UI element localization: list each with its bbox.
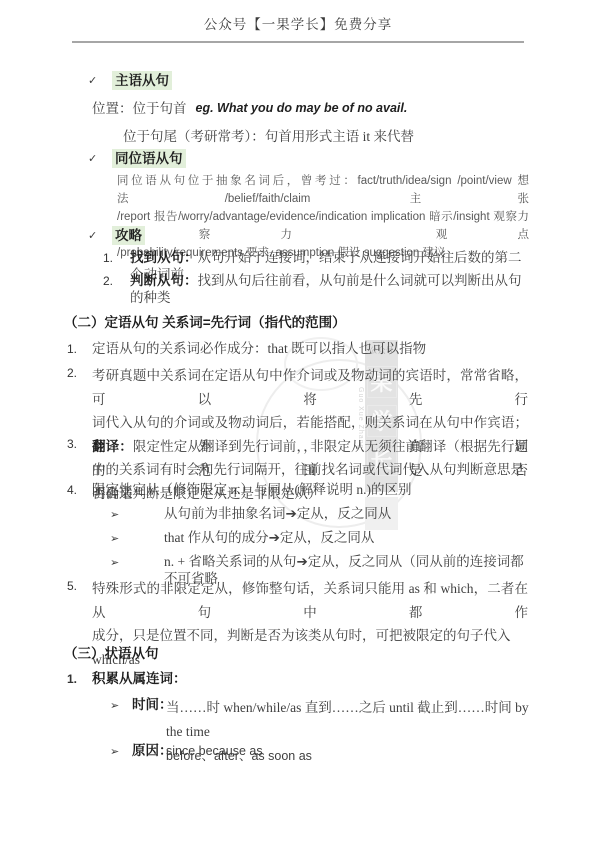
section2-heading: （二）定语从句 关系词=先行词（指代的范围） (64, 314, 346, 331)
list-number: 1. (67, 340, 92, 358)
item-line: 特殊形式的非限定定从，修饰整句话，关系词只能用 as 和 which，二者在从句… (92, 577, 528, 624)
triangle-bullet-icon: ➢ (110, 696, 132, 715)
triangle-bullet-icon: ➢ (110, 553, 164, 572)
list-number: 2. (103, 272, 130, 290)
attributive-item-4: 4. 限定性定从（修饰限定 n.）与同从(解释说明 n.)的区别 (67, 481, 528, 499)
item-body: 定语从句的关系词必作成分：that 既可以指人也可以指物 (92, 340, 528, 358)
distinction-bullet: ➢ that 作从句的成分➔定从，反之同从 (110, 529, 528, 548)
strategy-item: 2. 判断从句：找到从句后往前看，从句前是什么词就可以判断出从句的种类 (103, 272, 528, 306)
time-label: 时间： (132, 696, 166, 713)
section3-heading: （三）状语从句 (64, 645, 159, 662)
item-line: 翻译：限定性定从翻译到先行词前，非限定从无须往前翻译（根据先行词的范围是否 (92, 435, 528, 482)
triangle-bullet-icon: ➢ (110, 505, 164, 524)
item-line-text: 限定性定从翻译到先行词前，非限定从无须往前翻译（根据先行词的范围是否 (92, 439, 528, 478)
checkmark-icon: ✓ (88, 226, 112, 245)
strategy-item-text: 判断从句：找到从句后往前看，从句前是什么词就可以判断出从句的种类 (130, 272, 528, 306)
strategy-heading: 攻略 (112, 226, 145, 245)
document-page: 公众号 果 学 长 Guo Xue Zhang 公众号【一果学长】免费分享 ✓ … (0, 0, 596, 842)
list-number: 4. (67, 481, 92, 499)
item-line: 考研真题中关系词在定语从句中作介词或及物动词的宾语时，常常省略，可以将先行 (92, 364, 528, 411)
reason-text: since because as (166, 742, 536, 760)
bullet-text: 从句前为非抽象名词➔定从，反之同从 (164, 505, 391, 522)
checkmark-icon: ✓ (88, 149, 112, 168)
page-header-title: 公众号【一果学长】免费分享 (0, 16, 596, 33)
document-content: 公众号【一果学长】免费分享 ✓ 主语从句 位置：位于句首 eg. What yo… (0, 0, 596, 842)
translate-label: 翻译： (92, 439, 133, 454)
appositive-clause-title-row: ✓ 同位语从句 (88, 149, 186, 168)
triangle-bullet-icon: ➢ (110, 529, 164, 548)
bullet-text: that 作从句的成分➔定从，反之同从 (164, 529, 374, 546)
example-sentence: eg. What you do may be of no avail. (196, 100, 408, 117)
item-line: 定语从句的关系词必作成分：that 既可以指人也可以指物 (92, 340, 528, 357)
subject-position-line: 位置：位于句首 eg. What you do may be of no ava… (92, 100, 407, 117)
appositive-line: 同位语从句位于抽象名词后，曾考过：fact/truth/idea/sign /p… (117, 172, 529, 208)
subject-position-line-2: 位于句尾（考研常考）：句首用形式主语 it 来代替 (123, 128, 414, 145)
strategy-title-row: ✓ 攻略 (88, 226, 145, 245)
strategy-item-label: 找到从句： (130, 250, 198, 265)
conjunction-label: 积累从属连词： (92, 670, 187, 687)
appositive-clause-heading: 同位语从句 (112, 149, 186, 168)
adverbial-item-1: 1. 积累从属连词： (67, 670, 528, 688)
item-line: 限定性定从（修饰限定 n.）与同从(解释说明 n.)的区别 (92, 481, 528, 498)
subject-clause-heading: 主语从句 (112, 71, 172, 90)
distinction-bullet: ➢ 从句前为非抽象名词➔定从，反之同从 (110, 505, 528, 524)
subject-clause-title-row: ✓ 主语从句 (88, 71, 172, 90)
attributive-item-1: 1. 定语从句的关系词必作成分：that 既可以指人也可以指物 (67, 340, 528, 358)
list-number: 1. (67, 670, 92, 688)
header-rule (72, 41, 524, 43)
position-label: 位置：位于句首 (92, 100, 187, 117)
checkmark-icon: ✓ (88, 71, 112, 90)
position-text-2: 位于句尾（考研常考）：句首用形式主语 it 来代替 (123, 128, 414, 145)
reason-label: 原因： (132, 742, 166, 759)
list-number: 1. (103, 249, 130, 267)
strategy-item-label: 判断从句： (130, 273, 198, 288)
reason-conjunction-row: ➢ 原因： since because as (110, 742, 536, 761)
appositive-line: /report 报告/worry/advantage/evidence/indi… (117, 208, 529, 244)
item-body: 限定性定从（修饰限定 n.）与同从(解释说明 n.)的区别 (92, 481, 528, 499)
time-line: 当……时 when/while/as 直到……之后 until 截止到……时间 … (166, 696, 536, 744)
triangle-bullet-icon: ➢ (110, 742, 132, 761)
